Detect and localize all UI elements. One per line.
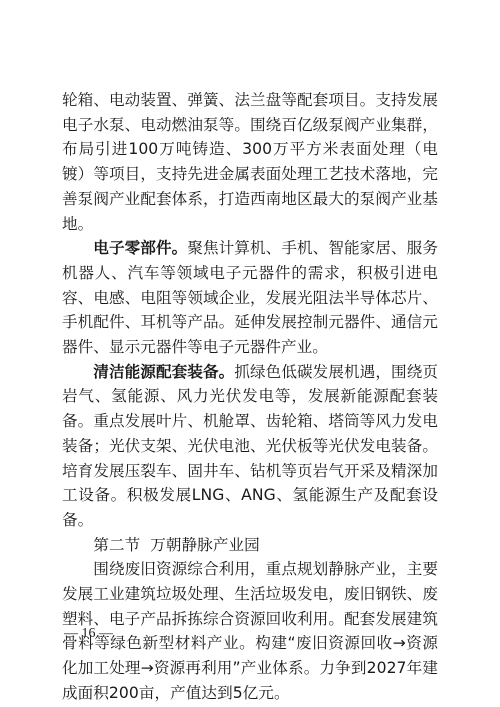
paragraph-recycling-park: 围绕废旧资源综合利用，重点规划静脉产业，主要发展工业建筑垃圾处理、生活垃圾发电，…: [62, 557, 438, 705]
paragraph-text: 轮箱、电动装置、弹簧、法兰盘等配套项目。支持发展电子水泵、电动燃油泵等。围绕百亿…: [62, 91, 438, 233]
body-text: 轮箱、电动装置、弹簧、法兰盘等配套项目。支持发展电子水泵、电动燃油泵等。围绕百亿…: [62, 88, 438, 706]
section-heading: 第二节 万朝静脉产业园: [62, 533, 438, 558]
paragraph-text: 抓绿色低碳发展机遇，围绕页岩气、氢能源、风力光伏发电等，发展新能源配套装备。重点…: [62, 363, 438, 529]
paragraph-text: 围绕废旧资源综合利用，重点规划静脉产业，主要发展工业建筑垃圾处理、生活垃圾发电，…: [62, 560, 438, 702]
paragraph-electronic-components: 电子零部件。聚焦计算机、手机、智能家居、服务机器人、汽车等领域电子元器件的需求，…: [62, 236, 438, 360]
paragraph-lead-heading: 电子零部件。: [93, 239, 187, 257]
paragraph-lead-heading: 清洁能源配套装备。: [93, 363, 234, 381]
paragraph-pump-valve: 轮箱、电动装置、弹簧、法兰盘等配套项目。支持发展电子水泵、电动燃油泵等。围绕百亿…: [62, 88, 438, 236]
page-number: — 16 —: [64, 626, 113, 642]
document-page: 轮箱、电动装置、弹簧、法兰盘等配套项目。支持发展电子水泵、电动燃油泵等。围绕百亿…: [0, 0, 500, 707]
paragraph-clean-energy: 清洁能源配套装备。抓绿色低碳发展机遇，围绕页岩气、氢能源、风力光伏发电等，发展新…: [62, 360, 438, 533]
